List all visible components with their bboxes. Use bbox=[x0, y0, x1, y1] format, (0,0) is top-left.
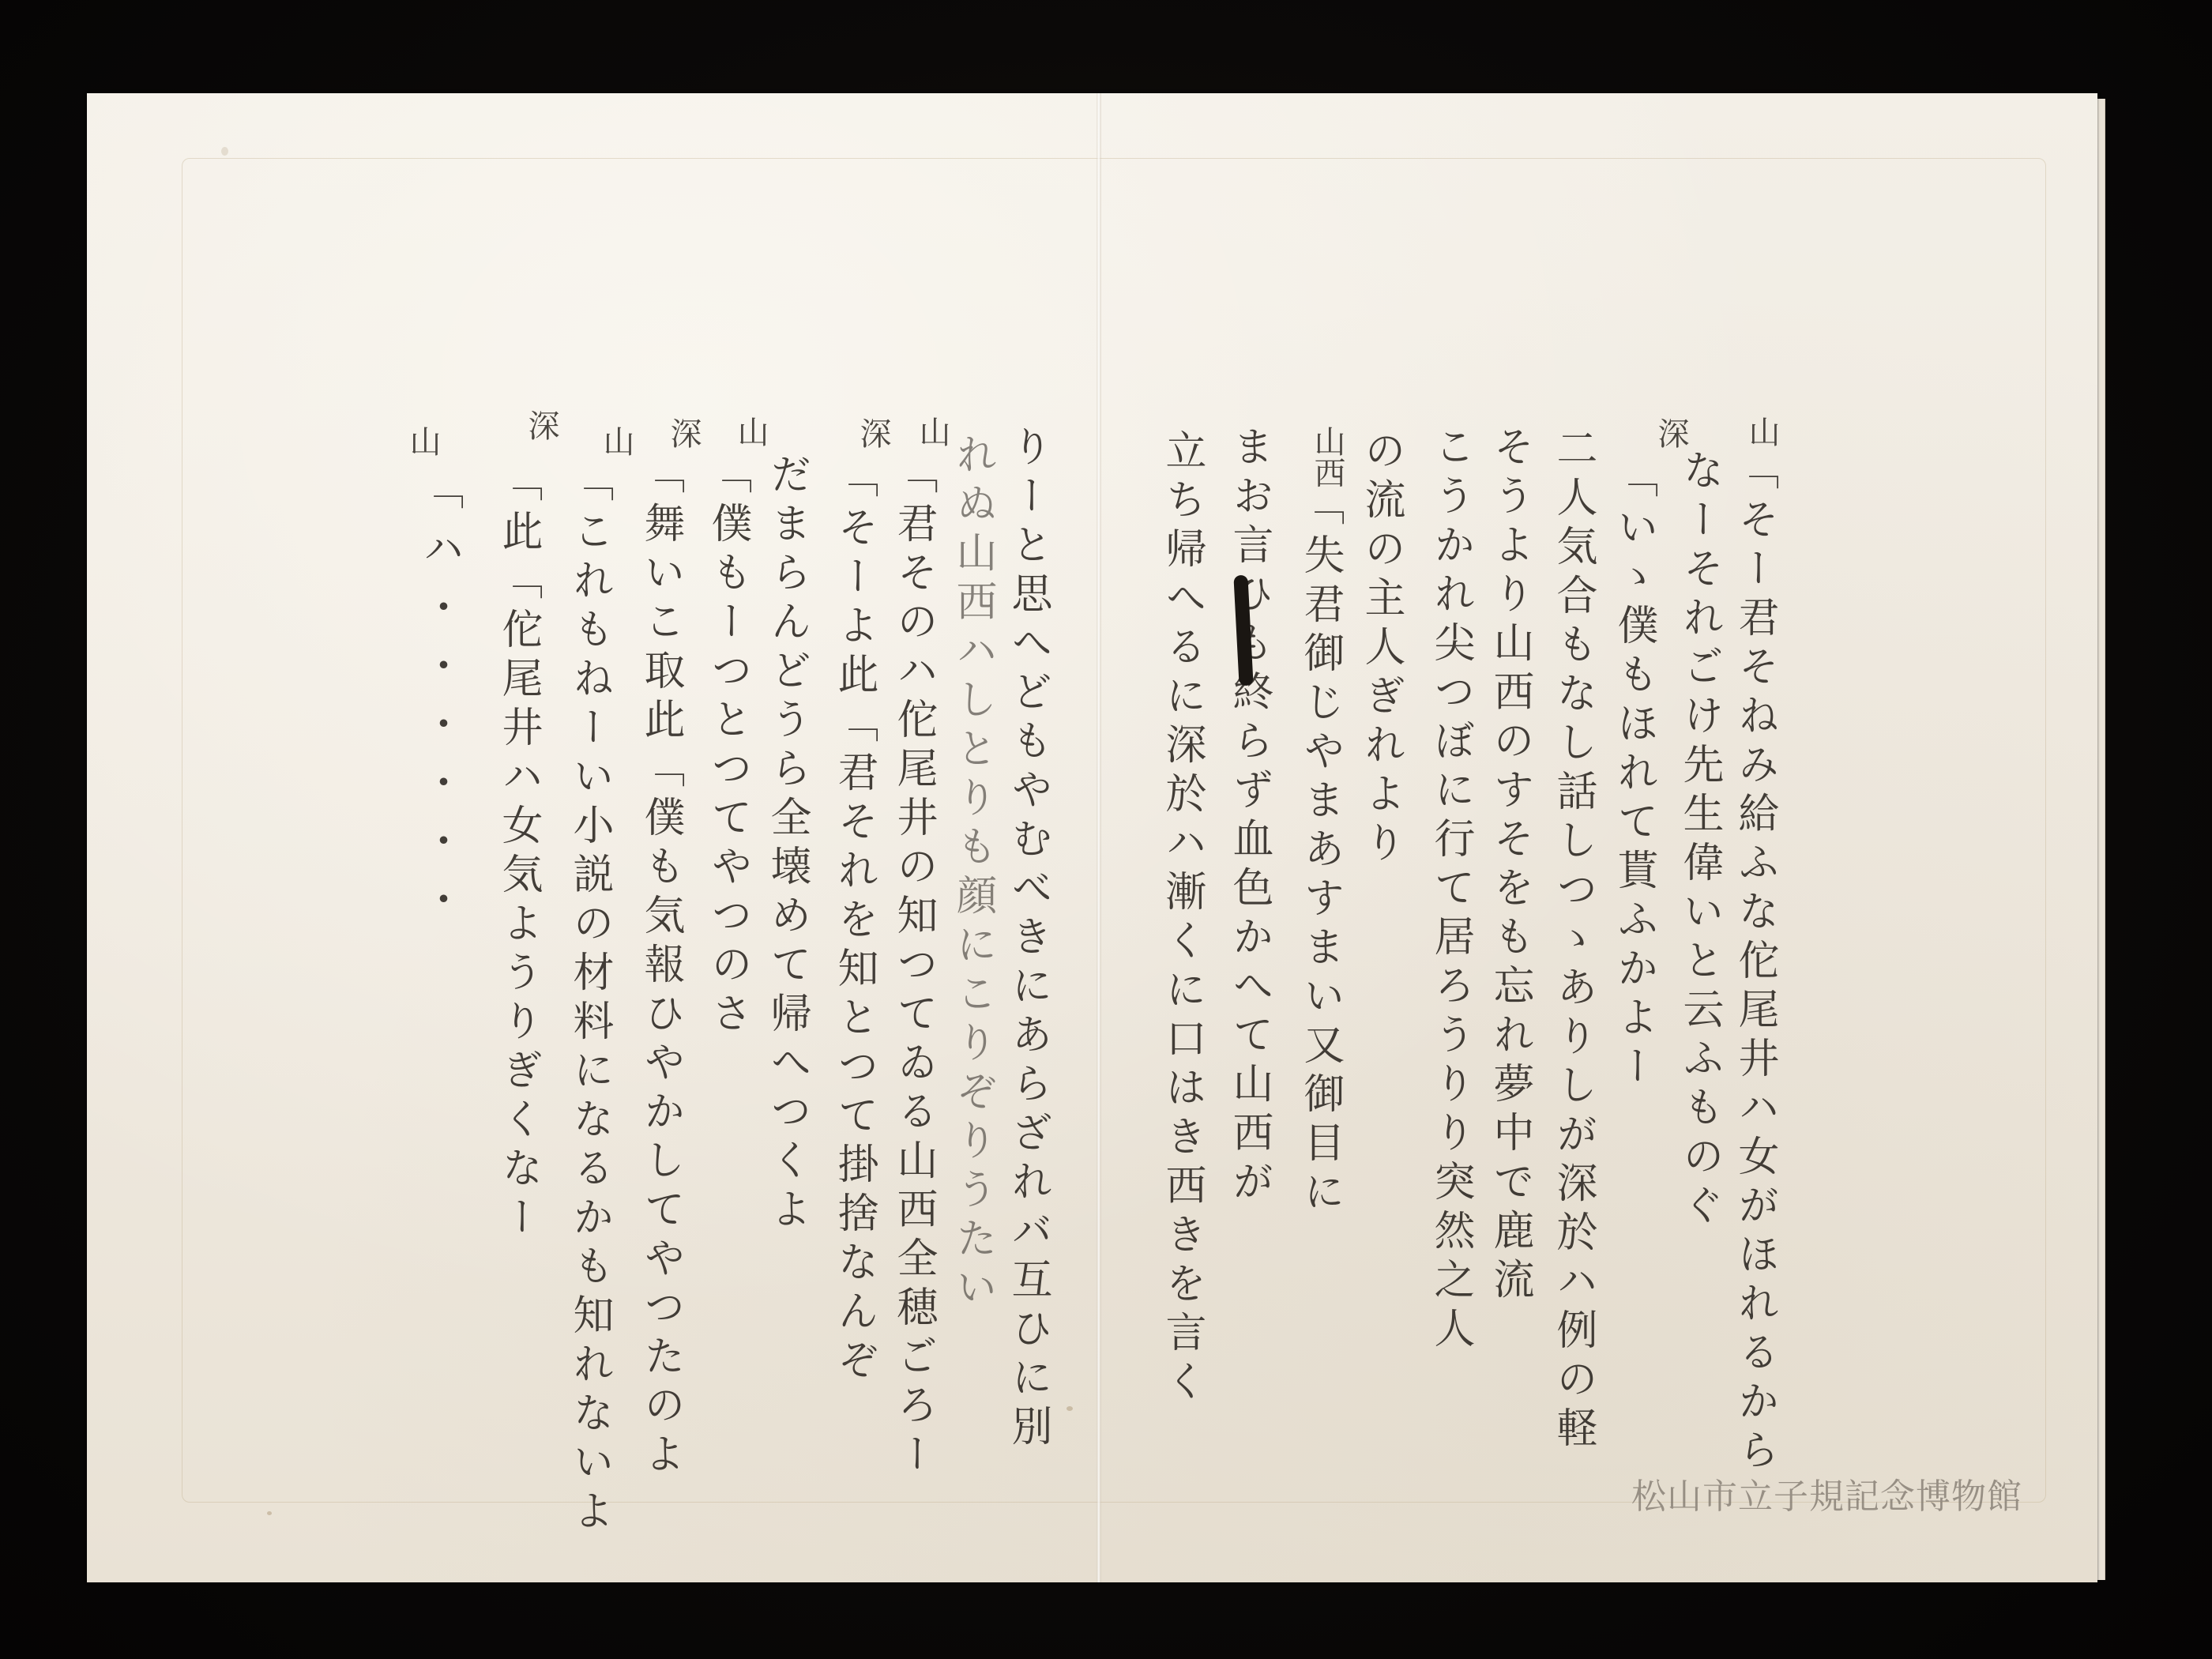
speaker-label: 深 bbox=[857, 417, 889, 449]
speaker-label: 深 bbox=[668, 417, 699, 449]
center-fold bbox=[1097, 93, 1101, 1582]
museum-watermark: 松山市立子規記念博物館 bbox=[1631, 1468, 2022, 1518]
age-spot bbox=[267, 1511, 272, 1515]
text-column: 立ち帰へるに深於ハ漸くに口はき西きを言く bbox=[1161, 429, 1202, 1409]
text-column: れぬ山西ハしとりも顔にこりぞりうたい bbox=[952, 433, 993, 1315]
text-column: 二人気合もなし話しつゝありしが深於ハ例の軽 bbox=[1552, 427, 1593, 1455]
text-column: 「そー君そねみ給ふな佗尾井ハ女がほれるから bbox=[1734, 449, 1775, 1477]
speaker-label: 山 bbox=[407, 425, 438, 457]
speaker-label: 深 bbox=[525, 409, 557, 441]
text-column: なーそれごけ先生偉いと云ふものぐ bbox=[1679, 449, 1720, 1232]
text-column: 「いゝ僕もほれて貰ふかよー bbox=[1613, 457, 1654, 1093]
manuscript-paper: 山 「そー君そねみ給ふな佗尾井ハ女がほれるから なーそれごけ先生偉いと云ふものぐ… bbox=[87, 93, 2097, 1582]
text-column: の流の主人ぎれより bbox=[1360, 429, 1401, 870]
text-column: まお言ひも終らず血色かへて山西が bbox=[1228, 425, 1270, 1209]
speaker-label: 深 bbox=[1655, 417, 1687, 449]
speaker-label: 山 bbox=[916, 416, 948, 447]
text-column: 「此「佗尾井ハ女気ようりぎくなー bbox=[498, 461, 539, 1244]
text-column: 「ハ・・・・・・ bbox=[419, 468, 460, 936]
text-column: 「これもねーい小説の材料になるかも知れないよ bbox=[569, 461, 610, 1538]
speaker-label: 山 bbox=[1746, 416, 1777, 447]
age-spot bbox=[1066, 1406, 1073, 1411]
text-column: 「失君御じやまあすまい又御目に bbox=[1300, 484, 1341, 1219]
text-column: そうより山西のすそをも忘れ夢中で鹿流 bbox=[1489, 425, 1530, 1307]
text-column: 「僕もーつとつてやつのさ bbox=[707, 453, 748, 1040]
speaker-label: 山 bbox=[600, 425, 632, 457]
text-column: だまらんどうら全壊めて帰へつくよ bbox=[766, 453, 807, 1236]
text-column: りーと思へどもやむべきにあらざれバ互ひに別 bbox=[1007, 425, 1048, 1454]
text-column: 「君そのハ佗尾井の知つてゐる山西全穂ごろー bbox=[893, 453, 934, 1481]
text-column: こうかれ尖つぼに行て居ろうりり突然之人 bbox=[1430, 425, 1471, 1356]
age-spot bbox=[221, 147, 228, 156]
text-column: 「そーよ此「君それを知とつて掛捨なんぞ bbox=[833, 457, 875, 1387]
text-column: 「舞いこ取此「僕も気報ひやかしてやつたのよ bbox=[640, 453, 681, 1481]
speaker-label: 山西 bbox=[1311, 425, 1343, 488]
speaker-label: 山 bbox=[735, 416, 766, 447]
